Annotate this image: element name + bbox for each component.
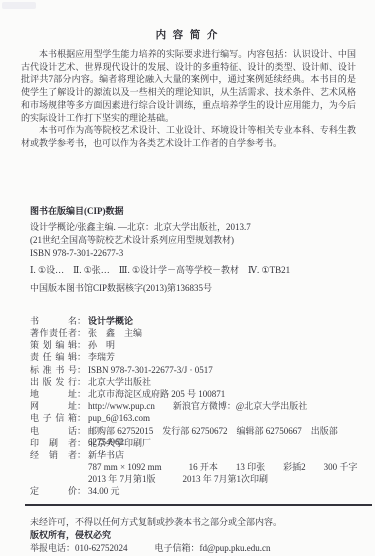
cip-series-line: (21世纪全国高等院校艺术设计系列应用型规划教材) <box>30 234 355 247</box>
colophon-row-isbn: 标 准 书 号：ISBN 978-7-301-22677-3/J · 0517 <box>30 363 361 375</box>
notice-line-rights: 版权所有，侵权必究 <box>30 529 355 542</box>
colophon-row-price: 定 价：34.00 元 <box>30 484 361 496</box>
notice-line-report: 举报电话：010-62752024 电子信箱：fd@pup.pku.edu.cn <box>30 542 355 555</box>
field-separator: ： <box>77 338 86 351</box>
field-value: 张 鑫 主编 <box>88 326 361 339</box>
field-value: 34.00 元 <box>88 484 361 497</box>
intro-paragraph-1: 本书根据应用型学生能力培养的实际要求进行编写。内容包括：认识设计、中国古代设计艺… <box>21 48 356 124</box>
field-value: 北京市海淀区成府路 205 号 100871 <box>88 387 361 400</box>
field-label: 出 版 发 行 <box>30 375 77 388</box>
field-label: 责 任 编 辑 <box>30 350 77 363</box>
colophon-row-printer: 印 刷 者：北京大学印刷厂 <box>30 436 361 448</box>
cip-registry-number: 中国版本图书馆CIP数据核字(2013)第136835号 <box>30 282 355 295</box>
field-value: ISBN 978-7-301-22677-3/J · 0517 <box>88 365 361 375</box>
field-value: pup_6@163.com <box>88 413 361 423</box>
field-value: 北京大学印刷厂 <box>88 436 361 449</box>
colophon-row-email: 电 子 信 箱：pup_6@163.com <box>30 411 361 423</box>
field-separator: ： <box>77 314 86 327</box>
divider-rule <box>25 504 372 506</box>
field-label: 著作责任者 <box>30 326 77 339</box>
intro-title: 内 容 简 介 <box>0 27 375 42</box>
colophon-row-format: ：787 mm × 1092 mm 16 开本 13 印张 彩插2 300 千字 <box>30 460 361 472</box>
cip-title-line: 设计学概论/张鑫主编. —北京：北京大学出版社，2013.7 <box>30 221 355 234</box>
colophon-row-author: 著作责任者：张 鑫 主编 <box>30 326 361 338</box>
cip-classification: Ⅰ. ①设… Ⅱ. ①张… Ⅲ. ①设计学－高等学校－教材 Ⅳ. ①TB21 <box>30 264 355 277</box>
field-label: 地 址 <box>30 387 77 400</box>
field-separator: ： <box>77 484 86 497</box>
copyright-notice: 未经许可，不得以任何方式复制或抄袭本书之部分或全部内容。 版权所有，侵权必究 举… <box>30 516 355 555</box>
field-value: 2013 年 7月第1版 2013 年 7月第1次印刷 <box>88 472 361 485</box>
colophon-row-title: 书 名：设计学概论 <box>30 314 361 326</box>
field-separator: ： <box>77 363 86 376</box>
field-separator: ： <box>77 399 86 412</box>
colophon-row-responsible-editor: 责 任 编 辑：李瑞芳 <box>30 350 361 362</box>
field-label: 电 话 <box>30 424 77 437</box>
colophon-row-publisher: 出 版 发 行：北京大学出版社 <box>30 375 361 387</box>
colophon-row-website: 网 址：http://www.pup.cn 新浪官方微博：@北京大学出版社 <box>30 399 361 411</box>
field-separator: ： <box>77 350 86 363</box>
field-separator: ： <box>77 326 86 339</box>
copyright-page: { "intro": { "title": "内 容 简 介", "para1"… <box>0 0 375 556</box>
intro-paragraph-2: 本书可作为高等院校艺术设计、工业设计、环境设计等相关专业本科、专科生教材或教学参… <box>21 124 356 149</box>
field-separator: ： <box>77 436 86 449</box>
field-label: 经 销 者 <box>30 448 77 461</box>
field-separator: ： <box>77 387 86 400</box>
field-separator: ： <box>77 411 86 424</box>
field-value: 李瑞芳 <box>88 350 361 363</box>
field-separator: ： <box>77 424 86 437</box>
colophon-section: 书 名：设计学概论 著作责任者：张 鑫 主编 策 划 编 辑：孙 明 责 任 编… <box>30 314 361 497</box>
field-value: 新华书店 <box>88 448 361 461</box>
field-label: 网 址 <box>30 399 77 412</box>
cip-isbn-line: ISBN 978-7-301-22677-3 <box>30 247 355 260</box>
field-value: 孙 明 <box>88 338 361 351</box>
colophon-row-planning-editor: 策 划 编 辑：孙 明 <box>30 338 361 350</box>
field-label: 电 子 信 箱 <box>30 411 77 424</box>
field-label: 标 准 书 号 <box>30 363 77 376</box>
cip-section: 图书在版编目(CIP)数据 设计学概论/张鑫主编. —北京：北京大学出版社，20… <box>30 205 355 295</box>
field-separator: ： <box>77 448 86 461</box>
field-value: 787 mm × 1092 mm 16 开本 13 印张 彩插2 300 千字 <box>88 460 361 473</box>
cip-heading: 图书在版编目(CIP)数据 <box>30 205 355 218</box>
field-value: 北京大学出版社 <box>88 375 361 388</box>
colophon-row-address: 地 址：北京市海淀区成府路 205 号 100871 <box>30 387 361 399</box>
field-label: 书 名 <box>30 314 77 327</box>
colophon-row-phone: 电 话：邮购部 62752015 发行部 62750672 编辑部 627506… <box>30 424 361 436</box>
colophon-row-edition: ：2013 年 7月第1版 2013 年 7月第1次印刷 <box>30 472 361 484</box>
notice-line-permission: 未经许可，不得以任何方式复制或抄袭本书之部分或全部内容。 <box>30 516 355 529</box>
field-label: 印 刷 者 <box>30 436 77 449</box>
field-label: 定 价 <box>30 484 77 497</box>
field-separator: ： <box>77 375 86 388</box>
field-value: http://www.pup.cn 新浪官方微博：@北京大学出版社 <box>88 399 361 412</box>
field-label: 策 划 编 辑 <box>30 338 77 351</box>
scan-artifact <box>2 2 36 9</box>
field-value: 设计学概论 <box>88 314 361 327</box>
intro-section: 本书根据应用型学生能力培养的实际要求进行编写。内容包括：认识设计、中国古代设计艺… <box>21 48 356 150</box>
colophon-row-distributor: 经 销 者：新华书店 <box>30 448 361 460</box>
